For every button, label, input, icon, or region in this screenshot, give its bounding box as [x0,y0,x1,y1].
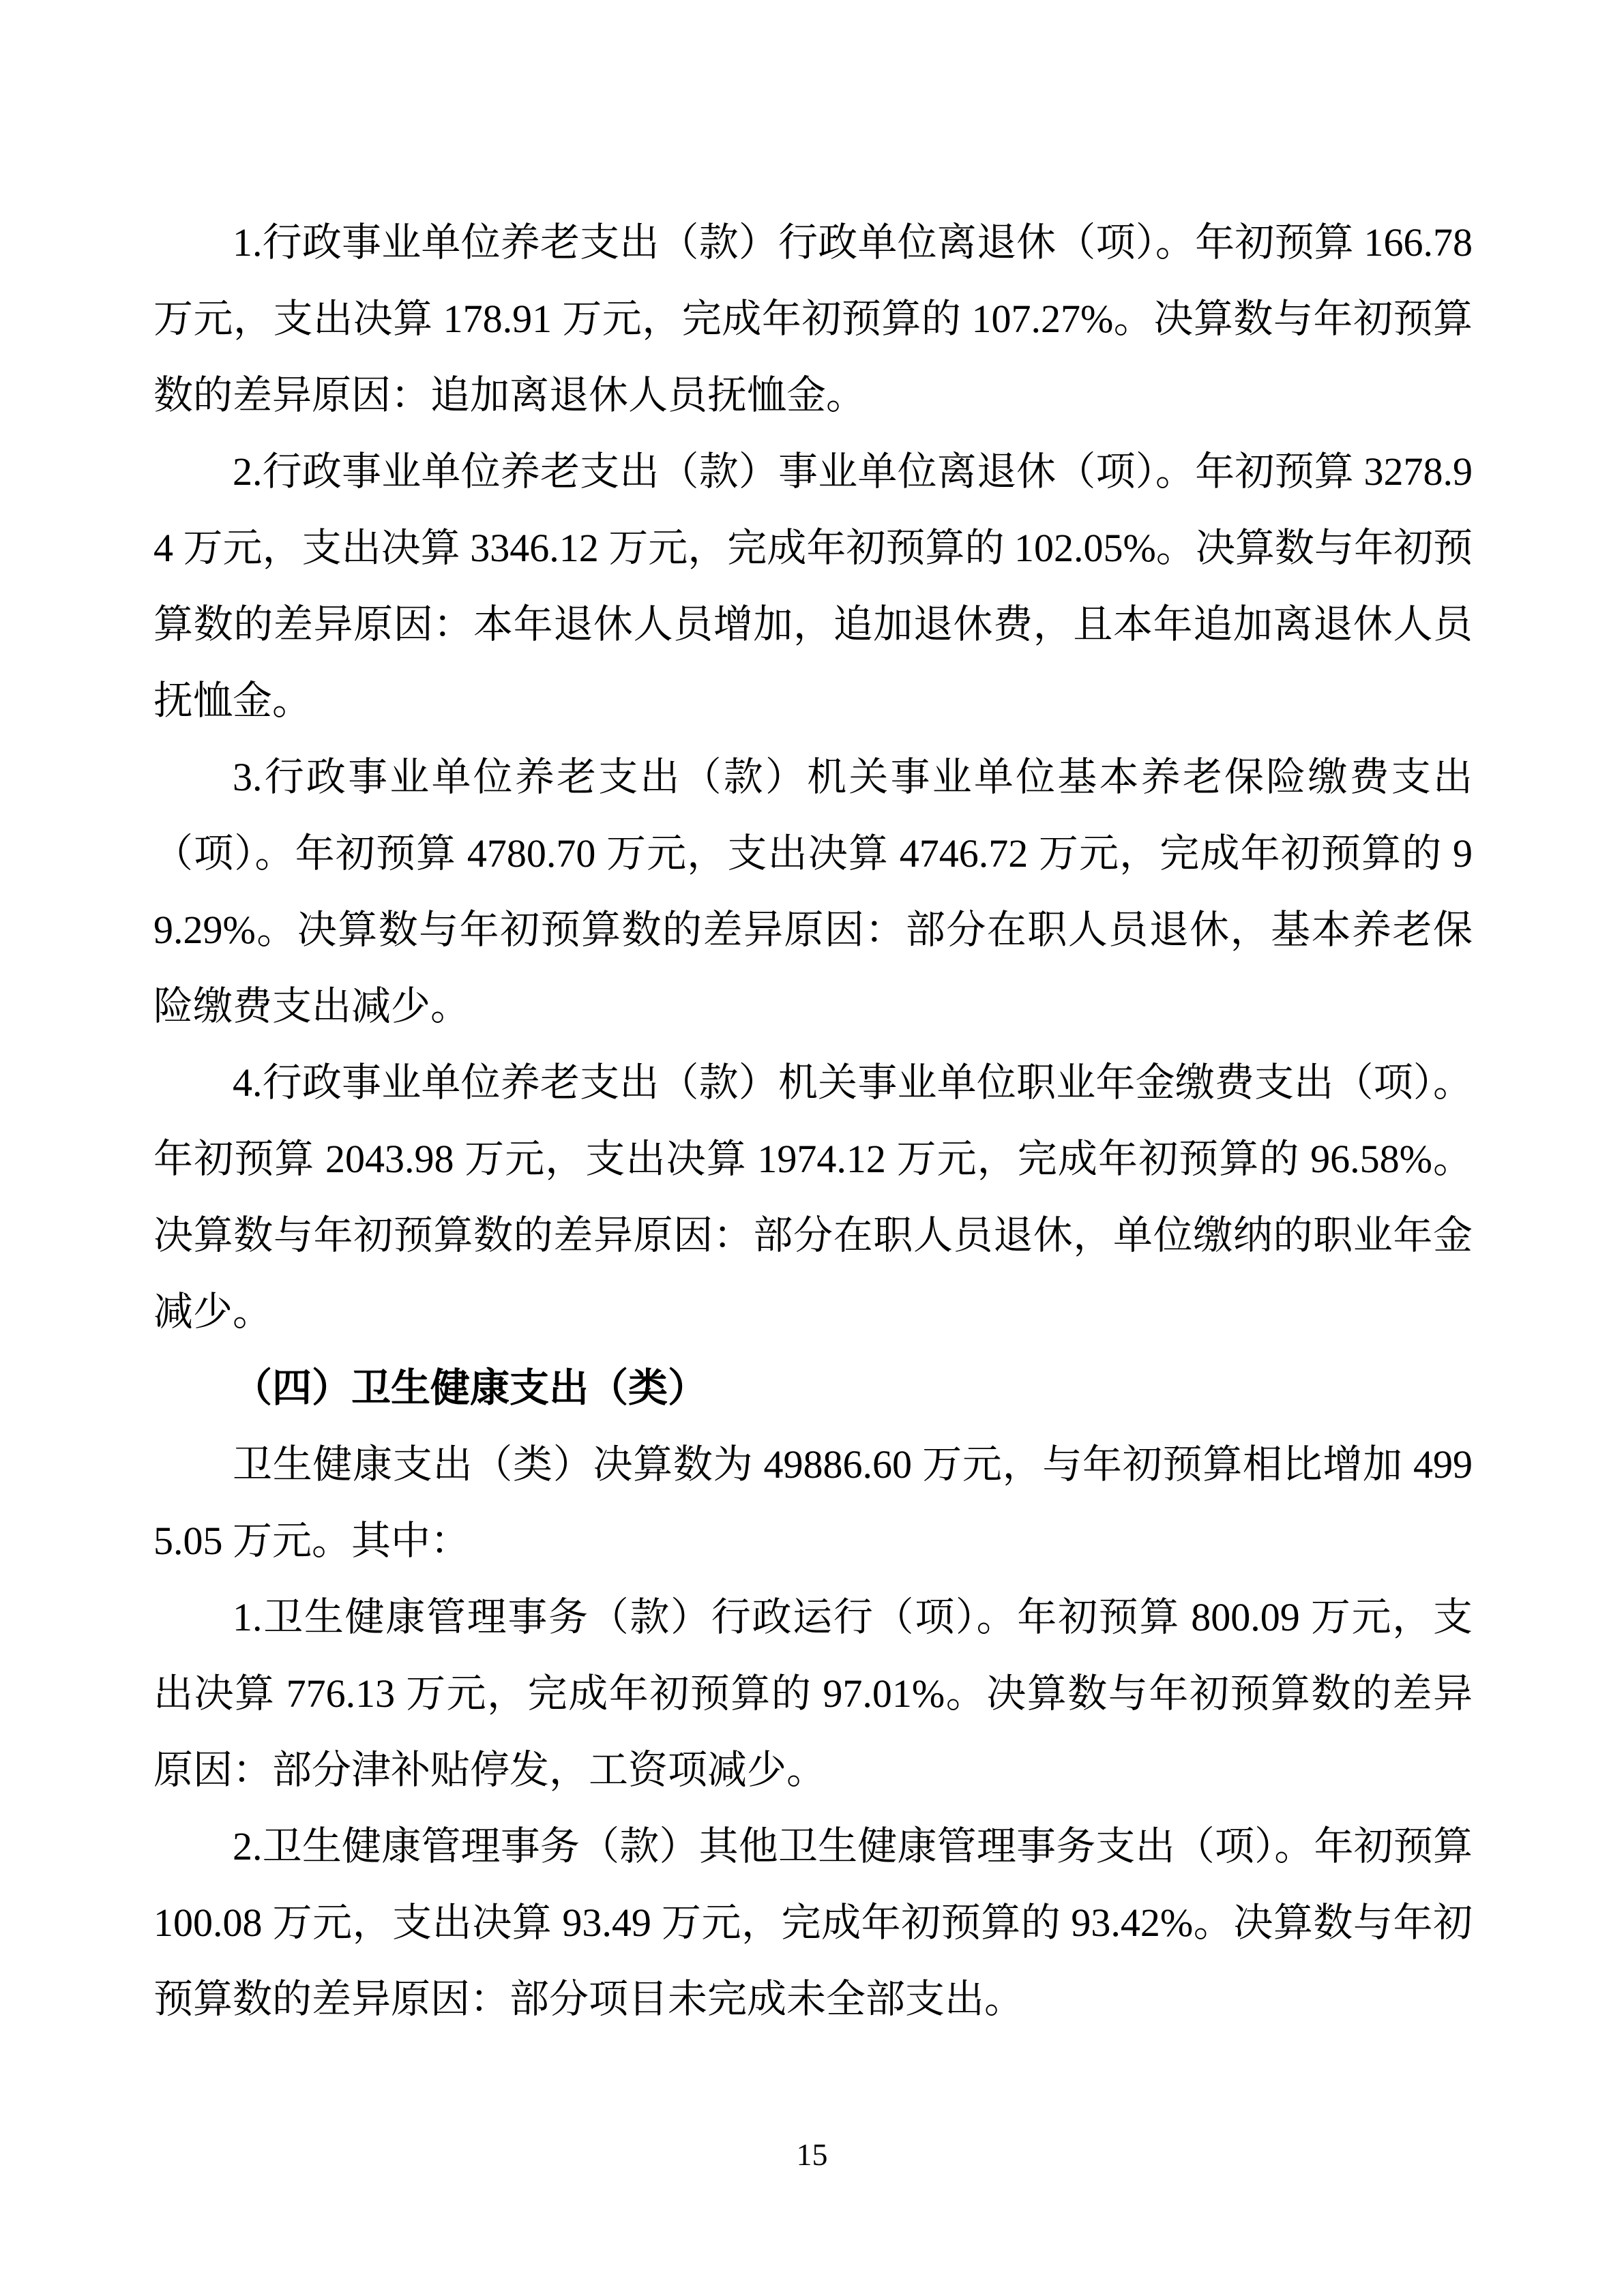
page-number: 15 [0,2138,1624,2172]
section-heading-health-expenditure: （四）卫生健康支出（类） [153,1350,1473,1427]
paragraph-admin-unit-retirees: 1.行政事业单位养老支出（款）行政单位离退休（项）。年初预算 166.78 万元… [153,205,1473,434]
paragraph-health-admin-operation: 1.卫生健康管理事务（款）行政运行（项）。年初预算 800.09 万元，支出决算… [153,1579,1473,1808]
paragraph-basic-pension-contribution: 3.行政事业单位养老支出（款）机关事业单位基本养老保险缴费支出（项）。年初预算 … [153,739,1473,1045]
document-page: 1.行政事业单位养老支出（款）行政单位离退休（项）。年初预算 166.78 万元… [0,0,1624,2296]
paragraph-other-health-admin-expenditure: 2.卫生健康管理事务（款）其他卫生健康管理事务支出（项）。年初预算 100.08… [153,1808,1473,2038]
paragraph-institution-unit-retirees: 2.行政事业单位养老支出（款）事业单位离退休（项）。年初预算 3278.94 万… [153,434,1473,739]
paragraph-health-expenditure-total: 卫生健康支出（类）决算数为 49886.60 万元，与年初预算相比增加 4995… [153,1427,1473,1579]
document-body: 1.行政事业单位养老支出（款）行政单位离退休（项）。年初预算 166.78 万元… [153,205,1473,2038]
paragraph-occupational-annuity-contribution: 4.行政事业单位养老支出（款）机关事业单位职业年金缴费支出（项）。年初预算 20… [153,1045,1473,1350]
